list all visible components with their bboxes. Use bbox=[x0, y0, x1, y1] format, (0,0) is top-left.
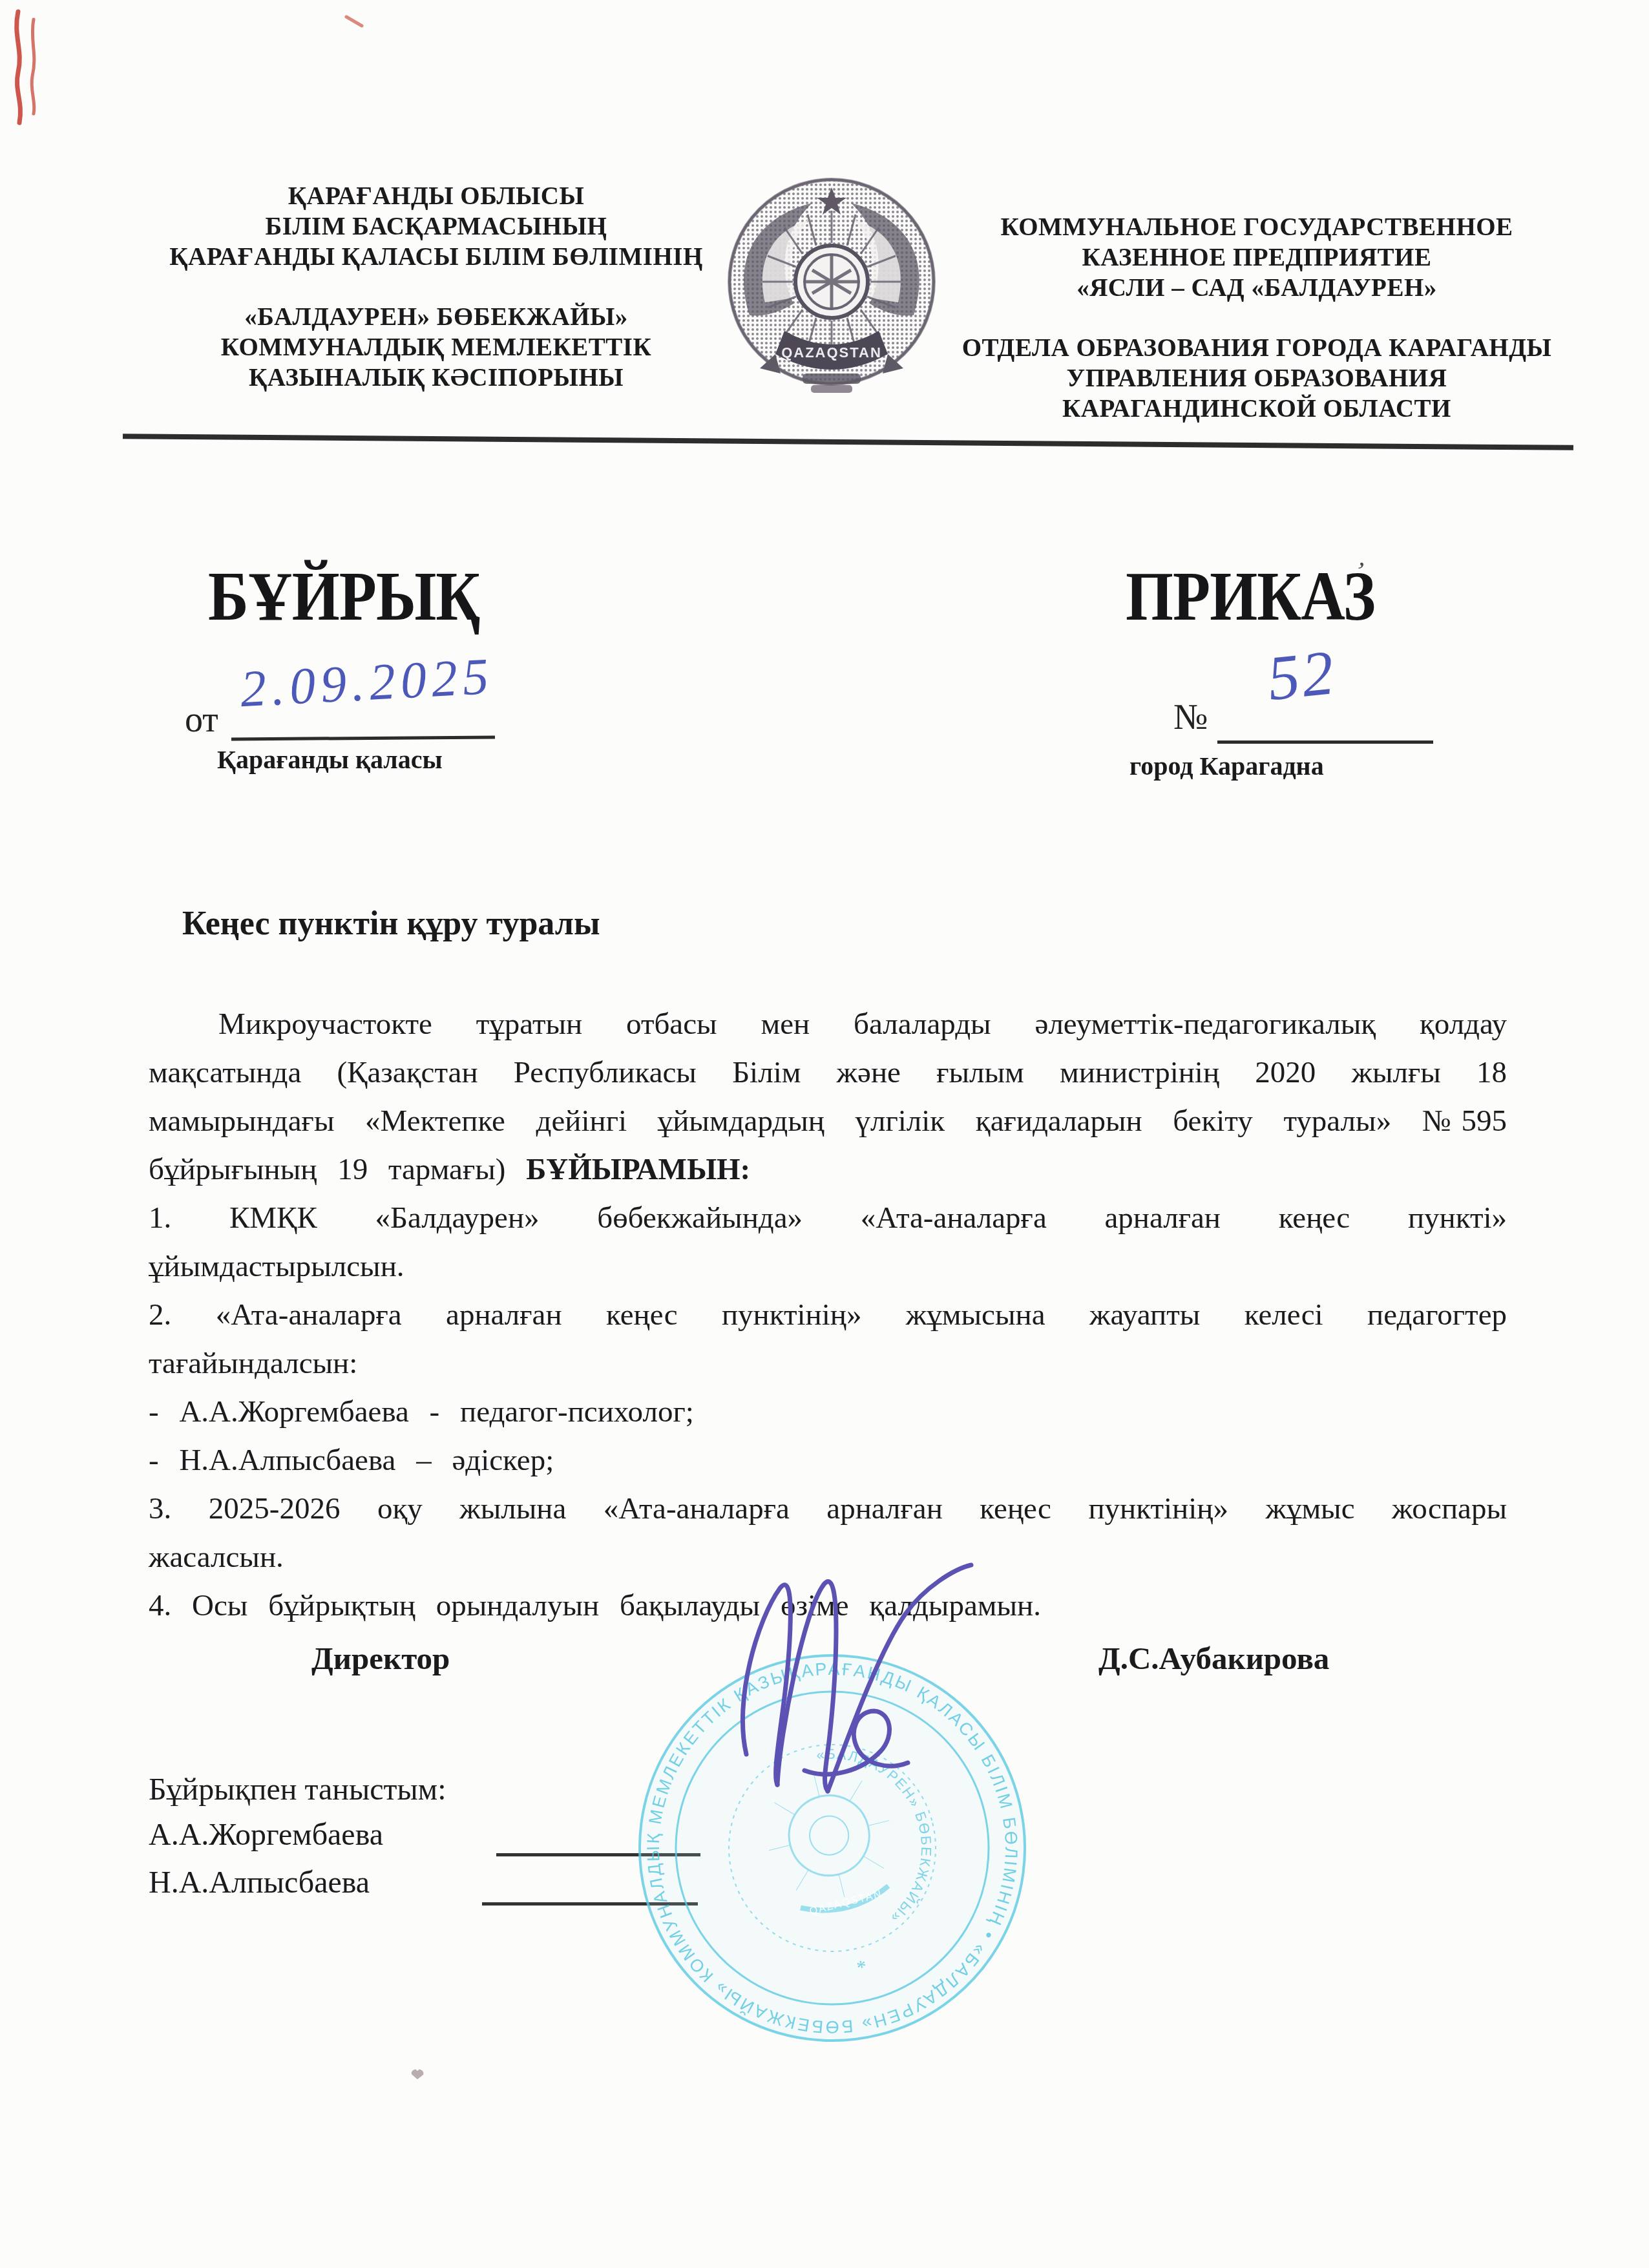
header-line: КОММУНАЛЬНОЕ ГОСУДАРСТВЕННОЕ bbox=[950, 212, 1564, 242]
red-pen-marks-icon bbox=[0, 0, 388, 168]
acknowledgement-person: А.А.Жоргембаева bbox=[149, 1817, 383, 1853]
acknowledgement-person: Н.А.Алпысбаева bbox=[149, 1865, 370, 1900]
acknowledgement-label: Бұйрықпен таныстым: bbox=[149, 1772, 446, 1807]
header-divider bbox=[123, 434, 1573, 450]
header-line: «ЯСЛИ – САД «БАЛДАУРЕН» bbox=[950, 273, 1564, 303]
director-signature bbox=[708, 1557, 979, 1809]
header-line: КАЗЕННОЕ ПРЕДПРИЯТИЕ bbox=[950, 242, 1564, 273]
header-line: «БАЛДАУРЕН» БӨБЕКЖАЙЫ» bbox=[155, 302, 717, 332]
order-item: - А.А.Жоргембаева - педагог-психолог; bbox=[149, 1388, 1507, 1436]
order-item: - Н.А.Алпысбаева – әдіскер; bbox=[149, 1436, 1507, 1485]
header-line: ҚАРАҒАНДЫ ҚАЛАСЫ БІЛІМ БӨЛІМІНІҢ bbox=[155, 242, 717, 272]
handwritten-number: 52 bbox=[1264, 636, 1339, 715]
place-russian: город Карагадна bbox=[1129, 751, 1324, 781]
place-kazakh: Қарағанды қаласы bbox=[217, 744, 443, 775]
director-title: Директор bbox=[311, 1640, 450, 1677]
intro-text: Микроучастокте тұратын отбасы мен балала… bbox=[149, 1007, 1507, 1186]
order-title-russian: ПРИКАЗ bbox=[1126, 557, 1375, 637]
scan-smudge bbox=[411, 2069, 424, 2079]
header-line: КОММУНАЛДЫҚ МЕМЛЕКЕТТІК bbox=[155, 332, 717, 362]
header-line: ОТДЕЛА ОБРАЗОВАНИЯ ГОРОДА КАРАГАНДЫ bbox=[950, 333, 1564, 363]
number-underline bbox=[1217, 740, 1433, 744]
issuer-name-russian: КОММУНАЛЬНОЕ ГОСУДАРСТВЕННОЕ КАЗЕННОЕ ПР… bbox=[950, 212, 1564, 424]
header-line: КАРАГАНДИНСКОЙ ОБЛАСТИ bbox=[950, 394, 1564, 424]
order-item: 2. «Ата-аналарға арналған кеңес пунктіні… bbox=[149, 1291, 1507, 1388]
header-line: ҚАЗЫНАЛЫҚ КӘСІПОРЫНЫ bbox=[155, 362, 717, 393]
order-word: БҰЙЫРАМЫН: bbox=[526, 1153, 750, 1186]
order-subject: Кеңес пунктін құру туралы bbox=[182, 905, 600, 943]
issuer-name-kazakh: ҚАРАҒАНДЫ ОБЛЫСЫ БІЛІМ БАСҚАРМАСЫНЫҢ ҚАР… bbox=[155, 181, 717, 393]
number-prefix: № bbox=[1173, 697, 1208, 738]
emblem-banner-text: QAZAQSTAN bbox=[781, 344, 882, 361]
kazakhstan-coat-of-arms-icon: QAZAQSTAN bbox=[706, 160, 958, 412]
order-title-kazakh: БҰЙРЫҚ bbox=[208, 557, 479, 637]
handwritten-date: 2.09.2025 bbox=[239, 647, 495, 719]
order-body: Микроучастокте тұратын отбасы мен балала… bbox=[149, 1000, 1507, 1630]
header-line: БІЛІМ БАСҚАРМАСЫНЫҢ bbox=[155, 211, 717, 242]
header-line: ҚАРАҒАНДЫ ОБЛЫСЫ bbox=[155, 181, 717, 211]
director-name: Д.С.Аубакирова bbox=[1098, 1640, 1329, 1677]
intro-paragraph: Микроучастокте тұратын отбасы мен балала… bbox=[149, 1000, 1507, 1194]
order-item: 1. КМҚК «Балдаурен» бөбекжайында» «Ата-а… bbox=[149, 1194, 1507, 1291]
date-underline bbox=[231, 736, 495, 741]
date-prefix: от bbox=[185, 699, 218, 740]
header-line: УПРАВЛЕНИЯ ОБРАЗОВАНИЯ bbox=[950, 363, 1564, 394]
scanned-order-page: ҚАРАҒАНДЫ ОБЛЫСЫ БІЛІМ БАСҚАРМАСЫНЫҢ ҚАР… bbox=[0, 0, 1649, 2268]
